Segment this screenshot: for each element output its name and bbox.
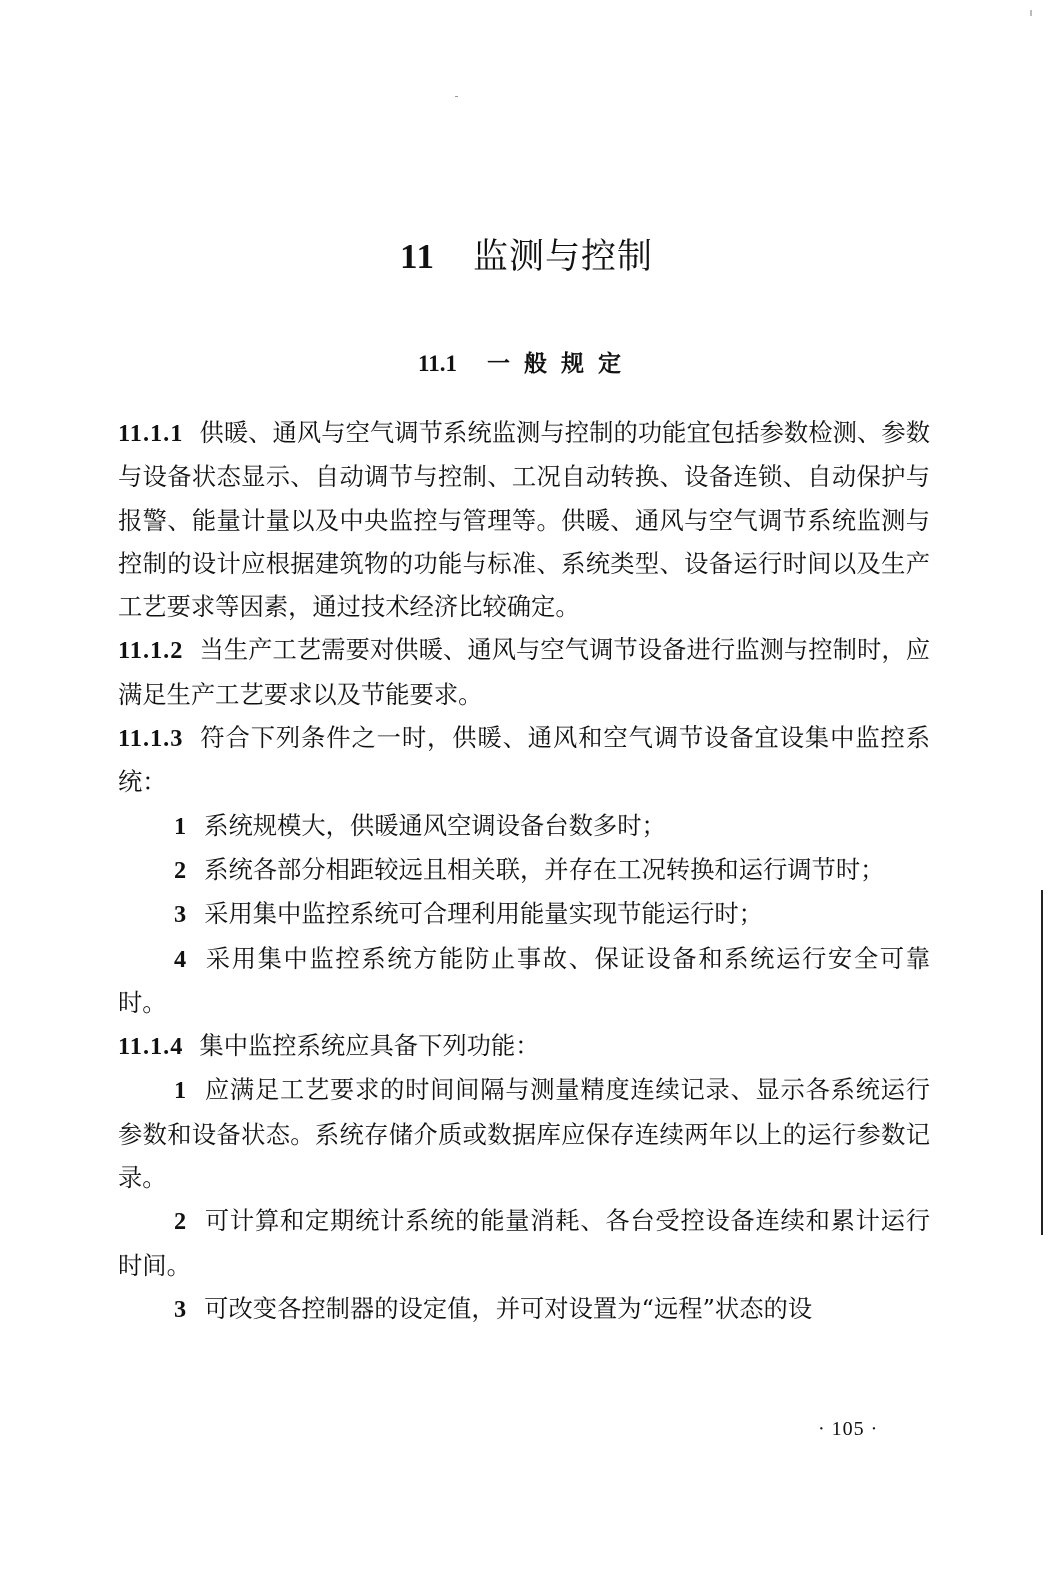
clause-11-1-2: 11.1.2当生产工艺需要对供暖、通风与空气调节设备进行监测与控制时，应满足生产…	[118, 628, 930, 716]
chapter-heading: 11监测与控制	[0, 232, 1053, 282]
item-text: 系统规模大，供暖通风空调设备台数多时；	[204, 811, 666, 840]
scan-artifact	[1030, 10, 1032, 16]
chapter-number: 11	[400, 237, 435, 276]
item-number: 1	[174, 813, 186, 840]
list-item: 2可计算和定期统计系统的能量消耗、各台受控设备连续和累计运行时间。	[118, 1199, 930, 1287]
list-item: 3可改变各控制器的设定值，并可对设置为“远程”状态的设	[118, 1287, 930, 1331]
item-text: 可改变各控制器的设定值，并可对设置为“远程”状态的设	[204, 1294, 812, 1323]
item-text: 采用集中监控系统方能防止事故、保证设备和系统运行安全可靠时。	[118, 944, 930, 1017]
item-number: 3	[174, 1296, 186, 1323]
section-heading: 11.1一般规定	[0, 346, 1053, 382]
document-page: 11监测与控制 11.1一般规定 11.1.1供暖、通风与空气调节系统监测与控制…	[0, 0, 1053, 1586]
page-number: · 105 ·	[818, 1414, 878, 1444]
clause-11-1-1: 11.1.1供暖、通风与空气调节系统监测与控制的功能宜包括参数检测、参数与设备状…	[118, 411, 930, 628]
clause-number: 11.1.1	[118, 420, 183, 447]
section-title: 一般规定	[487, 350, 635, 377]
scan-artifact	[455, 96, 458, 97]
item-number: 3	[174, 901, 186, 928]
clause-text: 供暖、通风与空气调节系统监测与控制的功能宜包括参数检测、参数与设备状态显示、自动…	[118, 418, 930, 621]
list-item: 4采用集中监控系统方能防止事故、保证设备和系统运行安全可靠时。	[118, 937, 930, 1025]
list-item: 1应满足工艺要求的时间间隔与测量精度连续记录、显示各系统运行参数和设备状态。系统…	[118, 1068, 930, 1199]
clause-11-1-3: 11.1.3符合下列条件之一时，供暖、通风和空气调节设备宜设集中监控系统：	[118, 716, 930, 804]
list-item: 3采用集中监控系统可合理利用能量实现节能运行时；	[118, 892, 930, 936]
item-number: 2	[174, 1208, 186, 1235]
clause-number: 11.1.2	[118, 637, 183, 664]
body-text: 11.1.1供暖、通风与空气调节系统监测与控制的功能宜包括参数检测、参数与设备状…	[118, 411, 930, 1331]
clause-text: 当生产工艺需要对供暖、通风与空气调节设备进行监测与控制时，应满足生产工艺要求以及…	[118, 635, 930, 708]
item-number: 2	[174, 857, 186, 884]
clause-number: 11.1.3	[118, 725, 183, 752]
item-text: 系统各部分相距较远且相关联，并存在工况转换和运行调节时；	[204, 855, 884, 884]
item-number: 1	[174, 1077, 186, 1104]
list-item: 1系统规模大，供暖通风空调设备台数多时；	[118, 804, 930, 848]
item-text: 可计算和定期统计系统的能量消耗、各台受控设备连续和累计运行时间。	[118, 1206, 930, 1279]
item-text: 应满足工艺要求的时间间隔与测量精度连续记录、显示各系统运行参数和设备状态。系统存…	[118, 1075, 930, 1192]
chapter-title: 监测与控制	[473, 237, 653, 277]
clause-number: 11.1.4	[118, 1033, 183, 1060]
clause-11-1-4: 11.1.4集中监控系统应具备下列功能：	[118, 1024, 930, 1068]
item-text: 采用集中监控系统可合理利用能量实现节能运行时；	[204, 899, 763, 928]
list-item: 2系统各部分相距较远且相关联，并存在工况转换和运行调节时；	[118, 848, 930, 892]
clause-text: 集中监控系统应具备下列功能：	[199, 1031, 539, 1060]
clause-text: 符合下列条件之一时，供暖、通风和空气调节设备宜设集中监控系统：	[118, 723, 930, 796]
item-number: 4	[174, 946, 186, 973]
scan-edge-line	[1041, 890, 1043, 1235]
section-number: 11.1	[418, 351, 457, 376]
